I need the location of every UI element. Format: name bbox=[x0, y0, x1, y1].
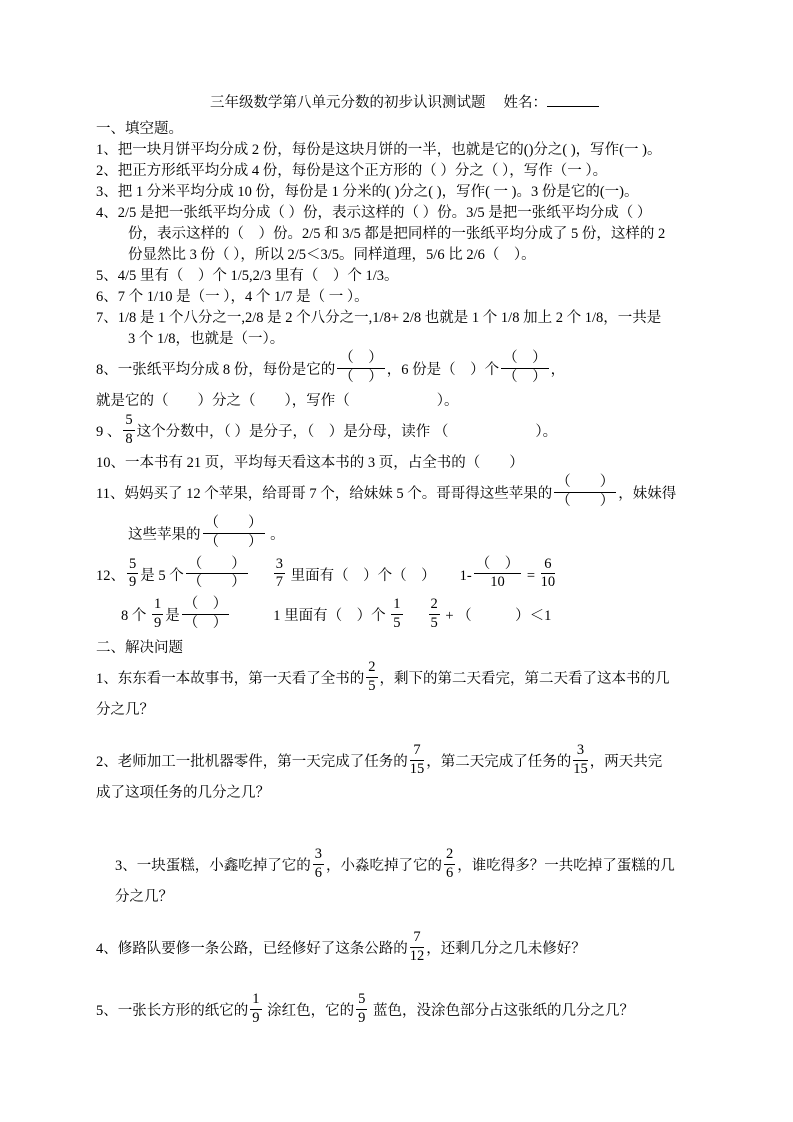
text-run: 1、把一块月饼平均分成 2 份，每份是这块月饼的一半，也就是它的()分之( )，… bbox=[96, 142, 661, 158]
fraction-denominator: 10 bbox=[474, 574, 522, 591]
fraction-numerator: 5 bbox=[356, 992, 367, 1010]
worksheet-line: 2、老师加工一批机器零件，第一天完成了任务的715，第二天完成了任务的315，两… bbox=[96, 742, 713, 783]
text-run: 份显然比 3 份（ ），所以 2/5＜3/5。同样道理，5/6 比 2/6（ ）… bbox=[128, 247, 536, 263]
blank-line bbox=[96, 970, 713, 991]
fraction: 59 bbox=[127, 557, 138, 592]
document-title-line: 三年级数学第八单元分数的初步认识测试题姓名： bbox=[96, 92, 713, 114]
text-run: ，剩下的第二天看完，第二天看了这本书的几 bbox=[380, 671, 670, 687]
fraction-numerator: 5 bbox=[127, 557, 138, 575]
worksheet-line: 7、1/8 是 1 个八分之一,2/8 是 2 个八分之一,1/8+ 2/8 也… bbox=[96, 308, 713, 329]
fraction-denominator: （ ） bbox=[337, 369, 385, 386]
fraction-numerator: （ ） bbox=[337, 351, 385, 369]
text-run: ，6 份是（ ）个 bbox=[387, 362, 499, 378]
fraction: 59 bbox=[356, 992, 367, 1027]
fraction-numerator: （ ） bbox=[501, 351, 549, 369]
fraction: （ ）（ ） bbox=[501, 351, 549, 386]
text-run: 3 个 1/8，也就是（一）。 bbox=[128, 331, 284, 347]
fraction-denominator: 6 bbox=[313, 865, 324, 882]
fraction-denominator: 8 bbox=[123, 431, 134, 448]
text-run: 里面有（ ）个（ ） bbox=[287, 567, 436, 583]
worksheet-line: 这些苹果的（ ）（ ） 。 bbox=[96, 515, 713, 556]
fraction-numerator: 3 bbox=[313, 847, 324, 865]
text-run: 3、把 1 分米平均分成 10 份，每份是 1 分米的( )分之( )，写作( … bbox=[96, 184, 639, 200]
worksheet-content: 一、填空题。1、把一块月饼平均分成 2 份，每份是这块月饼的一半，也就是它的()… bbox=[96, 118, 713, 1032]
spacer bbox=[436, 578, 460, 579]
text-run: 涂红色，它的 bbox=[264, 1003, 355, 1019]
section-heading: 二、解决问题 bbox=[96, 637, 713, 659]
name-blank-line bbox=[547, 93, 599, 107]
text-run: 2、老师加工一批机器零件，第一天完成了任务的 bbox=[96, 754, 408, 770]
worksheet-line: 6、7 个 1/10 是（一 ），4 个 1/7 是（ 一 ）。 bbox=[96, 287, 713, 308]
text-run: ，谁吃得多？一共吃掉了蛋糕的几 bbox=[457, 858, 675, 874]
text-run: 12、 bbox=[96, 567, 125, 583]
text-run: 1、东东看一本故事书，第一天看了全书的 bbox=[96, 671, 364, 687]
fraction: 19 bbox=[250, 992, 261, 1027]
worksheet-line: 成了这项任务的几分之几？ bbox=[96, 783, 713, 804]
fraction: 610 bbox=[541, 557, 556, 592]
worksheet-line: 分之几？ bbox=[96, 887, 713, 908]
fraction: 26 bbox=[444, 847, 455, 882]
fraction: 58 bbox=[123, 413, 134, 448]
text-run: 5、4/5 里有（ ）个 1/5,2/3 里有（ ）个 1/3。 bbox=[96, 268, 399, 284]
fraction-denominator: （ ） bbox=[182, 615, 230, 632]
fraction-numerator: 1 bbox=[152, 597, 163, 615]
fraction-numerator: 7 bbox=[410, 743, 425, 761]
fraction-numerator: 2 bbox=[366, 660, 377, 678]
fraction-numerator: 3 bbox=[274, 557, 285, 575]
text-run: 这些苹果的 bbox=[128, 526, 201, 542]
fraction-denominator: （ ） bbox=[501, 369, 549, 386]
text-run: 5、一张长方形的纸它的 bbox=[96, 1003, 248, 1019]
text-run: 1- bbox=[460, 567, 472, 583]
worksheet-line: 4、2/5 是把一张纸平均分成（ ）份，表示这样的（ ）份。3/5 是把一张纸平… bbox=[96, 203, 713, 224]
fraction-numerator: 7 bbox=[410, 930, 425, 948]
fraction-numerator: （ ） bbox=[554, 475, 616, 493]
fraction-numerator: （ ） bbox=[186, 557, 248, 575]
fraction-denominator: 7 bbox=[274, 574, 285, 591]
name-label: 姓名： bbox=[504, 95, 548, 111]
fraction-numerator: 3 bbox=[573, 743, 588, 761]
worksheet-line: 9 、58这个分数中，（ ）是分子，（ ）是分母，读作 （ ）。 bbox=[96, 412, 713, 453]
text-run: 4、2/5 是把一张纸平均分成（ ）份，表示这样的（ ）份。3/5 是把一张纸平… bbox=[96, 205, 651, 221]
text-run: = bbox=[523, 567, 538, 583]
fraction: 715 bbox=[410, 743, 425, 778]
fraction-denominator: 15 bbox=[573, 761, 588, 778]
worksheet-line: 份，表示这样的（ ）份。2/5 和 3/5 都是把同样的一张纸平均分成了 5 份… bbox=[96, 224, 713, 245]
text-run: 蓝色，没涂色部分占这张纸的几分之几？ bbox=[369, 1003, 634, 1019]
worksheet-line: 5、一张长方形的纸它的19 涂红色，它的59 蓝色，没涂色部分占这张纸的几分之几… bbox=[96, 991, 713, 1032]
fraction-denominator: 9 bbox=[356, 1010, 367, 1027]
text-run: + （ ）＜1 bbox=[442, 608, 552, 624]
worksheet-line: 1、把一块月饼平均分成 2 份，每份是这块月饼的一半，也就是它的()分之( )，… bbox=[96, 140, 713, 161]
fraction-denominator: 9 bbox=[152, 615, 163, 632]
fraction-denominator: （ ） bbox=[554, 493, 616, 510]
text-run: 分之几？ bbox=[115, 889, 173, 905]
text-run: 2、把正方形纸平均分成 4 份，每份是这个正方形的（ ）分之（ ），写作（一 ）… bbox=[96, 163, 607, 179]
fraction-numerator: （ ） bbox=[474, 557, 522, 575]
text-run: 8 个 bbox=[121, 608, 150, 624]
fraction-numerator: 1 bbox=[250, 992, 261, 1010]
worksheet-page: 三年级数学第八单元分数的初步认识测试题姓名： 一、填空题。1、把一块月饼平均分成… bbox=[0, 0, 793, 1122]
fraction-denominator: （ ） bbox=[203, 534, 265, 551]
text-run: 就是它的（ ）分之（ ），写作（ ）。 bbox=[96, 393, 459, 409]
worksheet-line: 10、一本书有 21 页，平均每天看这本书的 3 页，占全书的（ ） bbox=[96, 453, 713, 474]
text-run: 3、一块蛋糕，小鑫吃掉了它的 bbox=[115, 858, 311, 874]
fraction-denominator: （ ） bbox=[186, 574, 248, 591]
worksheet-line: 2、把正方形纸平均分成 4 份，每份是这个正方形的（ ）分之（ ），写作（一 ）… bbox=[96, 161, 713, 182]
fraction-numerator: 2 bbox=[429, 597, 440, 615]
text-run: 成了这项任务的几分之几？ bbox=[96, 785, 270, 801]
worksheet-line: 4、修路队要修一条公路，已经修好了这条公路的712，还剩几分之几未修好？ bbox=[96, 929, 713, 970]
text-run: ，小淼吃掉了它的 bbox=[326, 858, 442, 874]
text-run: 7、1/8 是 1 个八分之一,2/8 是 2 个八分之一,1/8+ 2/8 也… bbox=[96, 310, 661, 326]
worksheet-line: 就是它的（ ）分之（ ），写作（ ）。 bbox=[96, 391, 713, 412]
text-run: ，两天共完 bbox=[590, 754, 663, 770]
fraction-denominator: 5 bbox=[391, 615, 402, 632]
fraction-denominator: 10 bbox=[541, 574, 556, 591]
spacer bbox=[405, 619, 427, 620]
worksheet-line: 8 个 19是（ ）（ ）1 里面有（ ）个 1525 + （ ）＜1 bbox=[96, 596, 713, 637]
text-run: 这个分数中，（ ）是分子，（ ）是分母，读作 （ ）。 bbox=[137, 424, 558, 440]
spacer bbox=[231, 619, 273, 620]
text-run: 是 5 个 bbox=[140, 567, 184, 583]
fraction: 15 bbox=[391, 597, 402, 632]
blank-line bbox=[96, 825, 713, 846]
text-run: 9 、 bbox=[96, 424, 121, 440]
fraction-denominator: 15 bbox=[410, 761, 425, 778]
text-run: 分之几？ bbox=[96, 702, 154, 718]
spacer bbox=[250, 578, 272, 579]
fraction: 25 bbox=[366, 660, 377, 695]
text-run: ，第二天完成了任务的 bbox=[426, 754, 571, 770]
fraction: （ ）10 bbox=[474, 557, 522, 592]
blank-line bbox=[96, 721, 713, 742]
worksheet-line: 3、把 1 分米平均分成 10 份，每份是 1 分米的( )分之( )，写作( … bbox=[96, 182, 713, 203]
fraction-denominator: 5 bbox=[429, 615, 440, 632]
worksheet-line: 3 个 1/8，也就是（一）。 bbox=[96, 329, 713, 350]
fraction: 712 bbox=[410, 930, 425, 965]
text-run: 6、7 个 1/10 是（一 ），4 个 1/7 是（ 一 ）。 bbox=[96, 289, 369, 305]
fraction-denominator: 5 bbox=[366, 678, 377, 695]
fraction: 315 bbox=[573, 743, 588, 778]
fraction-denominator: 9 bbox=[250, 1010, 261, 1027]
section-heading: 一、填空题。 bbox=[96, 118, 713, 140]
fraction-numerator: 2 bbox=[444, 847, 455, 865]
worksheet-line: 3、一块蛋糕，小鑫吃掉了它的36，小淼吃掉了它的26，谁吃得多？一共吃掉了蛋糕的… bbox=[96, 846, 713, 887]
fraction-numerator: （ ） bbox=[203, 516, 265, 534]
worksheet-line: 11、妈妈买了 12 个苹果，给哥哥 7 个，给妹妹 5 个。哥哥得这些苹果的（… bbox=[96, 474, 713, 515]
worksheet-line: 份显然比 3 份（ ），所以 2/5＜3/5。同样道理，5/6 比 2/6（ ）… bbox=[96, 245, 713, 266]
fraction: （ ）（ ） bbox=[203, 516, 265, 551]
fraction: 19 bbox=[152, 597, 163, 632]
blank-line bbox=[96, 804, 713, 825]
text-run: 11、妈妈买了 12 个苹果，给哥哥 7 个，给妹妹 5 个。哥哥得这些苹果的 bbox=[96, 486, 552, 502]
text-run: 。 bbox=[267, 526, 285, 542]
fraction-numerator: 5 bbox=[123, 413, 134, 431]
worksheet-line: 8、一张纸平均分成 8 份，每份是它的（ ）（ ），6 份是（ ）个（ ）（ ）… bbox=[96, 350, 713, 391]
worksheet-line: 5、4/5 里有（ ）个 1/5,2/3 里有（ ）个 1/3。 bbox=[96, 266, 713, 287]
text-run: ，妹妹得 bbox=[618, 486, 676, 502]
blank-line bbox=[96, 908, 713, 929]
fraction: 25 bbox=[429, 597, 440, 632]
worksheet-line: 1、东东看一本故事书，第一天看了全书的25，剩下的第二天看完，第二天看了这本书的… bbox=[96, 659, 713, 700]
worksheet-line: 12、59是 5 个（ ）（ ）37 里面有（ ）个（ ）1-（ ）10 = 6… bbox=[96, 556, 713, 597]
fraction: （ ）（ ） bbox=[337, 351, 385, 386]
page-title: 三年级数学第八单元分数的初步认识测试题 bbox=[210, 95, 486, 111]
text-run: 4、修路队要修一条公路，已经修好了这条公路的 bbox=[96, 941, 408, 957]
text-run: ， bbox=[551, 362, 566, 378]
fraction-numerator: 1 bbox=[391, 597, 402, 615]
text-run: 1 里面有（ ）个 bbox=[273, 608, 389, 624]
text-run: 是 bbox=[165, 608, 180, 624]
text-run: 份，表示这样的（ ）份。2/5 和 3/5 都是把同样的一张纸平均分成了 5 份… bbox=[128, 226, 665, 242]
fraction-numerator: （ ） bbox=[182, 597, 230, 615]
fraction-denominator: 6 bbox=[444, 865, 455, 882]
text-run: ，还剩几分之几未修好？ bbox=[426, 941, 586, 957]
fraction: （ ）（ ） bbox=[554, 475, 616, 510]
fraction-denominator: 9 bbox=[127, 574, 138, 591]
fraction: 37 bbox=[274, 557, 285, 592]
text-run: 10、一本书有 21 页，平均每天看这本书的 3 页，占全书的（ ） bbox=[96, 455, 524, 471]
fraction: 36 bbox=[313, 847, 324, 882]
worksheet-line: 分之几？ bbox=[96, 700, 713, 721]
fraction: （ ）（ ） bbox=[182, 597, 230, 632]
fraction-denominator: 12 bbox=[410, 948, 425, 965]
text-run: 8、一张纸平均分成 8 份，每份是它的 bbox=[96, 362, 335, 378]
fraction: （ ）（ ） bbox=[186, 557, 248, 592]
fraction-numerator: 6 bbox=[541, 557, 556, 575]
